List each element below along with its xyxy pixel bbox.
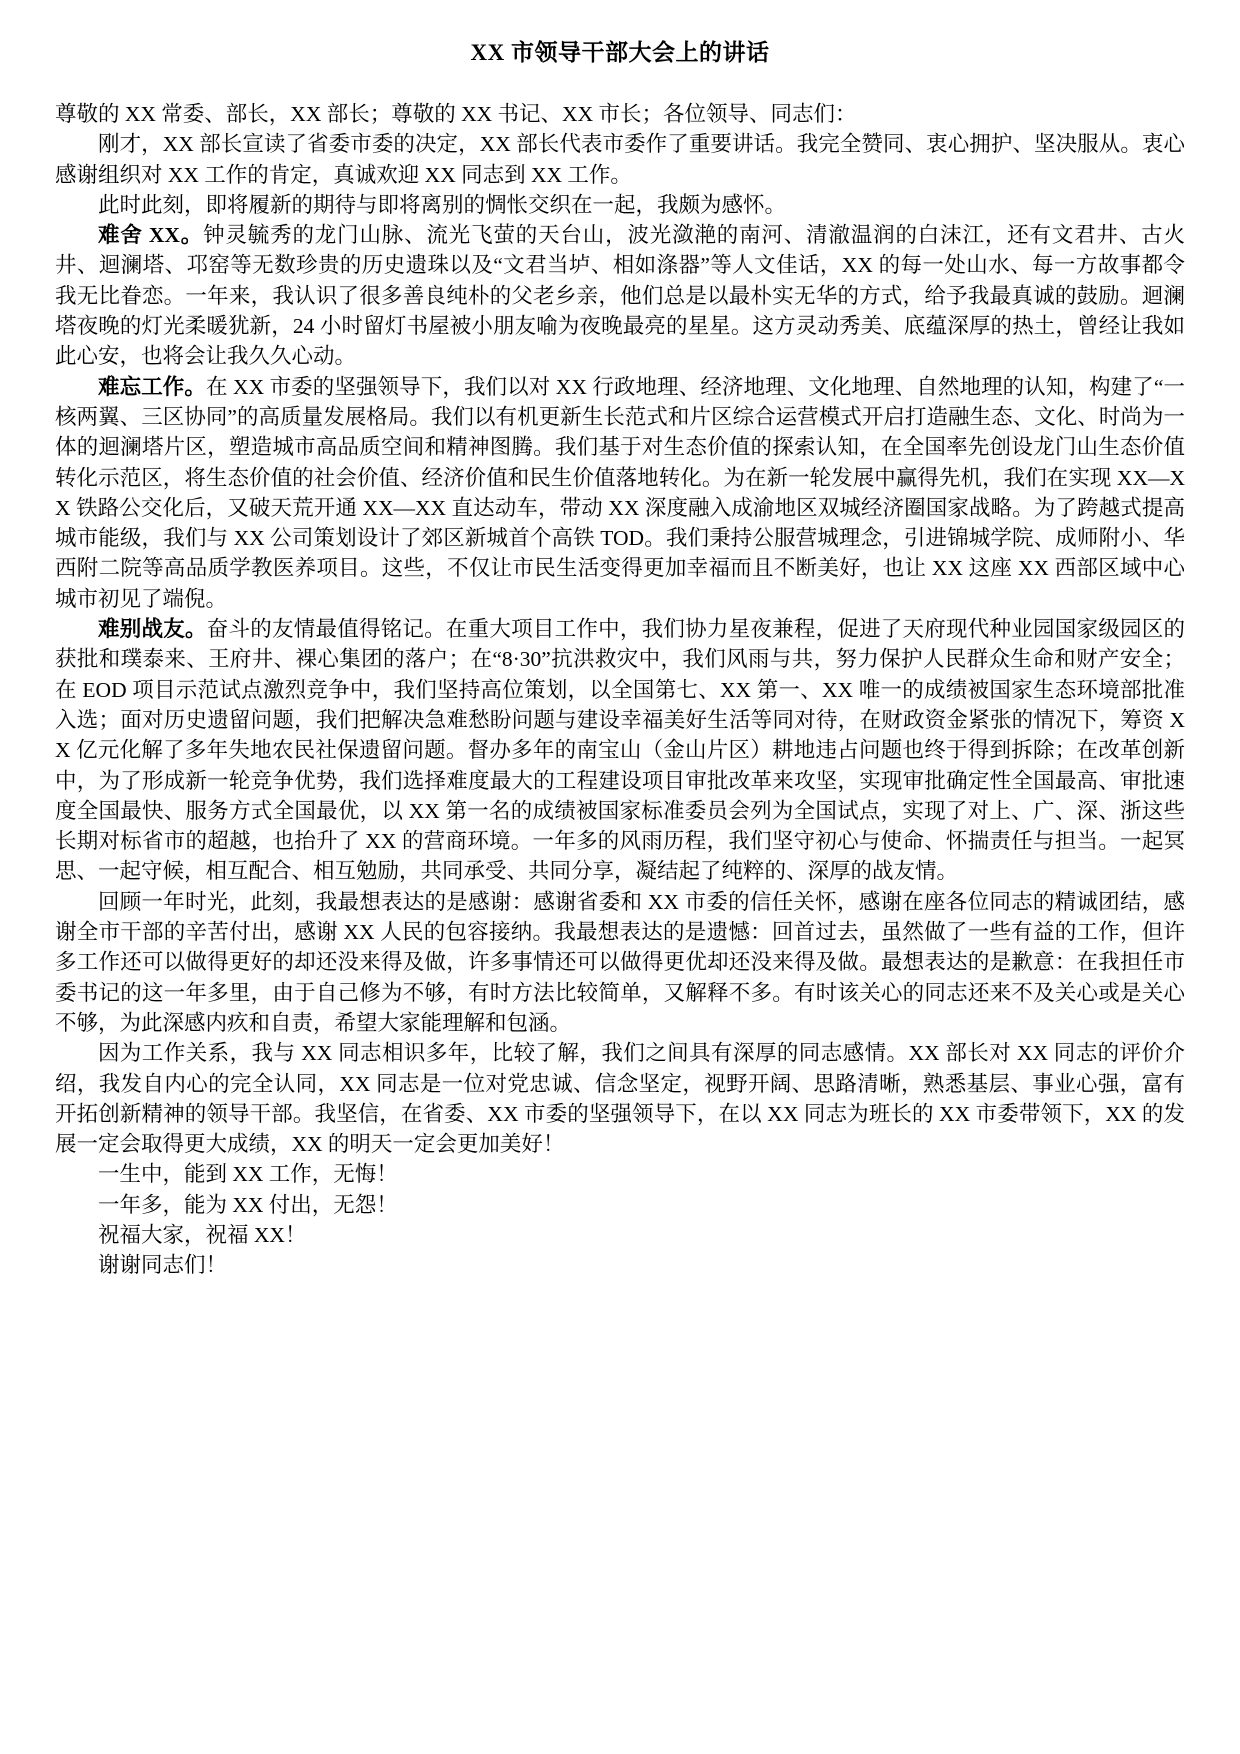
document-title: XX 市领导干部大会上的讲话: [55, 34, 1185, 67]
paragraph: 难舍 XX。钟灵毓秀的龙门山脉、流光飞萤的天台山，波光潋滟的南河、清澈温润的白沫…: [55, 220, 1185, 371]
document-page: XX 市领导干部大会上的讲话 尊敬的 XX 常委、部长，XX 部长；尊敬的 XX…: [0, 0, 1240, 1754]
paragraph: 一生中，能到 XX 工作，无悔！: [55, 1159, 1185, 1189]
document-body: 尊敬的 XX 常委、部长，XX 部长；尊敬的 XX 书记、XX 市长；各位领导、…: [55, 99, 1185, 1281]
paragraph: 一年多，能为 XX 付出，无怨！: [55, 1190, 1185, 1220]
paragraph-lead: 难忘工作。: [98, 375, 206, 399]
paragraph: 难忘工作。在 XX 市委的坚强领导下，我们以对 XX 行政地理、经济地理、文化地…: [55, 372, 1185, 614]
paragraph-lead: 难别战友。: [98, 617, 207, 641]
paragraph-lead: 难舍 XX。: [98, 223, 203, 247]
paragraph: 刚才，XX 部长宣读了省委市委的决定，XX 部长代表市委作了重要讲话。我完全赞同…: [55, 129, 1185, 190]
paragraph: 难别战友。奋斗的友情最值得铭记。在重大项目工作中，我们协力星夜兼程，促进了天府现…: [55, 614, 1185, 887]
paragraph: 谢谢同志们！: [55, 1250, 1185, 1280]
paragraph: 祝福大家，祝福 XX！: [55, 1220, 1185, 1250]
paragraph: 回顾一年时光，此刻，我最想表达的是感谢：感谢省委和 XX 市委的信任关怀，感谢在…: [55, 887, 1185, 1038]
paragraph: 因为工作关系，我与 XX 同志相识多年，比较了解，我们之间具有深厚的同志感情。X…: [55, 1038, 1185, 1159]
paragraph: 尊敬的 XX 常委、部长，XX 部长；尊敬的 XX 书记、XX 市长；各位领导、…: [55, 99, 1185, 129]
paragraph: 此时此刻，即将履新的期待与即将离别的惆怅交织在一起，我颇为感怀。: [55, 190, 1185, 220]
